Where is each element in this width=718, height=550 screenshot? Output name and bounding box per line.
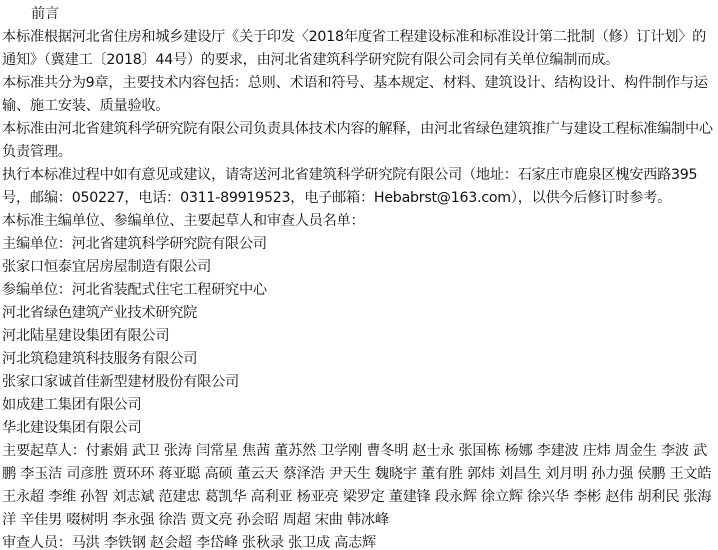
paragraph-drafters: 主要起草人：付素娟 武卫 张涛 闫常星 焦茜 董苏然 卫学刚 曹冬明 赵士永 张… <box>2 440 716 532</box>
text-line: 主要起草人：付素娟 武卫 张涛 闫常星 焦茜 董苏然 卫学刚 曹冬明 赵士永 张… <box>2 440 716 463</box>
text-line: 本标准根据河北省住房和城乡建设厅《关于印发〈2018年度省工程建设标准和标准设计… <box>2 26 716 49</box>
co-editor-unit: 如成建工集团有限公司 <box>2 394 716 417</box>
text-line: 河北筑稳建筑科技服务有限公司 <box>2 348 716 371</box>
text-line: 参编单位：河北省装配式住宅工程研究中心 <box>2 279 716 302</box>
text-line: 河北省绿色建筑产业技术研究院 <box>2 302 716 325</box>
paragraph-list-intro: 本标准主编单位、参编单位、主要起草人和审查人员名单： <box>2 210 716 233</box>
text-line: 通知》（冀建工〔2018〕44号）的要求，由河北省建筑科学研究院有限公司会同有关… <box>2 49 716 72</box>
co-editor-unit: 河北陆星建设集团有限公司 <box>2 325 716 348</box>
text-line: 本标准由河北省建筑科学研究院有限公司负责具体技术内容的解释，由河北省绿色建筑推广… <box>2 118 716 141</box>
text-line: 华北建设集团有限公司 <box>2 417 716 440</box>
co-editor-unit: 河北筑稳建筑科技服务有限公司 <box>2 348 716 371</box>
co-editor-unit: 张家口家诚首佳新型建材股份有限公司 <box>2 371 716 394</box>
text-line: 本标准主编单位、参编单位、主要起草人和审查人员名单： <box>2 210 716 233</box>
chief-editor-unit: 张家口恒泰宜居房屋制造有限公司 <box>2 256 716 279</box>
text-line: 张家口恒泰宜居房屋制造有限公司 <box>2 256 716 279</box>
text-line: 如成建工集团有限公司 <box>2 394 716 417</box>
text-line: 洋 辛佳男 啜树明 李永强 徐浩 贾文亮 孙会昭 周超 宋曲 韩冰峰 <box>2 509 716 532</box>
text-line: 号，邮编：050227，电话：0311-89919523，电子邮箱：Hebabr… <box>2 187 716 210</box>
text-line: 审查人员：马洪 李铁钢 赵会超 李岱峰 张秋录 张卫成 高志辉 <box>2 532 716 550</box>
paragraph-management: 本标准由河北省建筑科学研究院有限公司负责具体技术内容的解释，由河北省绿色建筑推广… <box>2 118 716 164</box>
preface-title: 前言 <box>2 3 716 26</box>
text-line: 王永超 李维 孙智 刘志斌 范建忠 葛凯华 高利亚 杨亚亮 梁罗定 董建锋 段永… <box>2 486 716 509</box>
document-page: 前言 本标准根据河北省住房和城乡建设厅《关于印发〈2018年度省工程建设标准和标… <box>0 0 718 550</box>
co-editor-unit: 河北省绿色建筑产业技术研究院 <box>2 302 716 325</box>
paragraph-contents: 本标准共分为9章，主要技术内容包括：总则、术语和符号、基本规定、材料、建筑设计、… <box>2 72 716 118</box>
text-line: 鹏 李玉洁 司彦胜 贾环环 蒋亚聪 高硕 董云天 蔡泽浩 尹天生 魏晓宇 董有胜… <box>2 463 716 486</box>
text-line: 河北陆星建设集团有限公司 <box>2 325 716 348</box>
text-line: 执行本标准过程中如有意见或建议，请寄送河北省建筑科学研究院有限公司（地址：石家庄… <box>2 164 716 187</box>
paragraph-basis: 本标准根据河北省住房和城乡建设厅《关于印发〈2018年度省工程建设标准和标准设计… <box>2 26 716 72</box>
text-line: 本标准共分为9章，主要技术内容包括：总则、术语和符号、基本规定、材料、建筑设计、… <box>2 72 716 95</box>
text-line: 主编单位：河北省建筑科学研究院有限公司 <box>2 233 716 256</box>
co-editor-unit: 参编单位：河北省装配式住宅工程研究中心 <box>2 279 716 302</box>
co-editor-unit: 华北建设集团有限公司 <box>2 417 716 440</box>
text-line: 张家口家诚首佳新型建材股份有限公司 <box>2 371 716 394</box>
paragraph-reviewers: 审查人员：马洪 李铁钢 赵会超 李岱峰 张秋录 张卫成 高志辉 <box>2 532 716 550</box>
text-line: 负责管理。 <box>2 141 716 164</box>
text-line: 输、施工安装、质量验收。 <box>2 95 716 118</box>
paragraph-feedback: 执行本标准过程中如有意见或建议，请寄送河北省建筑科学研究院有限公司（地址：石家庄… <box>2 164 716 210</box>
chief-editor-unit: 主编单位：河北省建筑科学研究院有限公司 <box>2 233 716 256</box>
